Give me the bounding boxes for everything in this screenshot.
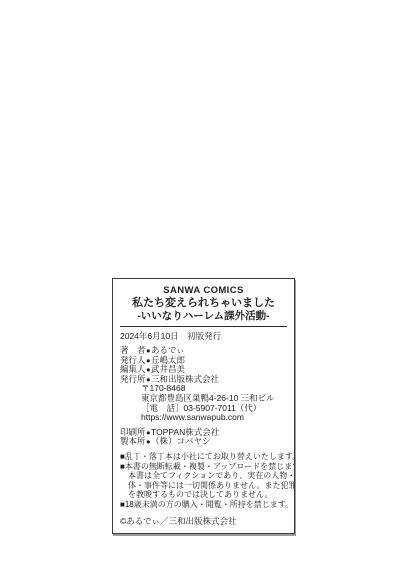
production-block: 印刷所●TOPPAN株式会社 製本所●（株）コバヤシ (120, 428, 287, 447)
production-label: 印刷所 (120, 427, 146, 437)
production-value: （株）コバヤシ (151, 436, 210, 446)
production-value: TOPPAN株式会社 (151, 427, 219, 437)
book-title: 私たち変えられちゃいました (120, 297, 287, 310)
legal-notices-block: ■乱丁・落丁本は小社にてお取り替えいたします。 ■本書の無断転載・複製・アップロ… (120, 452, 287, 510)
title-divider (120, 326, 287, 327)
notice-fiction-3: を教唆するものでは決してありません。 (120, 490, 287, 500)
credit-label: 発行人 (120, 355, 146, 365)
publisher-address-block: 〒170-8468 東京都豊島区巣鴨4-26-10 三和ビル ［電 話］03-5… (120, 384, 287, 422)
colophon-box: SANWA COMICS 私たち変えられちゃいました -いいなりハーレム課外活動… (112, 278, 295, 534)
bindery-row: 製本所●（株）コバヤシ (120, 437, 287, 447)
publisher-url: https://www.sanwapub.com (120, 413, 287, 423)
credit-value: 武井昌美 (151, 364, 185, 374)
imprint-name: SANWA COMICS (120, 285, 287, 296)
notice-returns: ■乱丁・落丁本は小社にてお取り替えいたします。 (120, 452, 287, 462)
notice-no-reproduction: ■本書の無断転載・複製・アップロードを禁じます。 (120, 462, 287, 472)
edition-date: 2024年6月10日 初版発行 (120, 331, 287, 341)
credit-value: 三和出版株式会社 (151, 374, 219, 384)
notice-fiction-2: 体・事件等には一切関係ありません。また犯罪 (120, 481, 287, 491)
credit-label: 発行所 (120, 374, 146, 384)
credit-value: 丘嶋太郎 (151, 355, 185, 365)
production-label: 製本所 (120, 436, 146, 446)
copyright-line: ©あるでぃ／三和出版株式会社 (120, 516, 287, 526)
notice-age-restriction: ■18歳未満の方の購入・閲覧・所持を禁じます。 (120, 500, 287, 510)
credit-label: 著 者 (120, 345, 146, 355)
book-subtitle: -いいなりハーレム課外活動- (120, 310, 287, 322)
credit-label: 編集人 (120, 364, 146, 374)
credit-value: あるでぃ (151, 345, 185, 355)
credits-block: 著 者●あるでぃ 発行人●丘嶋太郎 編集人●武井昌美 発行所●三和出版株式会社 (120, 346, 287, 384)
notice-fiction-1: 本書は全てフィクションであり、実在の人物・団 (120, 471, 287, 481)
